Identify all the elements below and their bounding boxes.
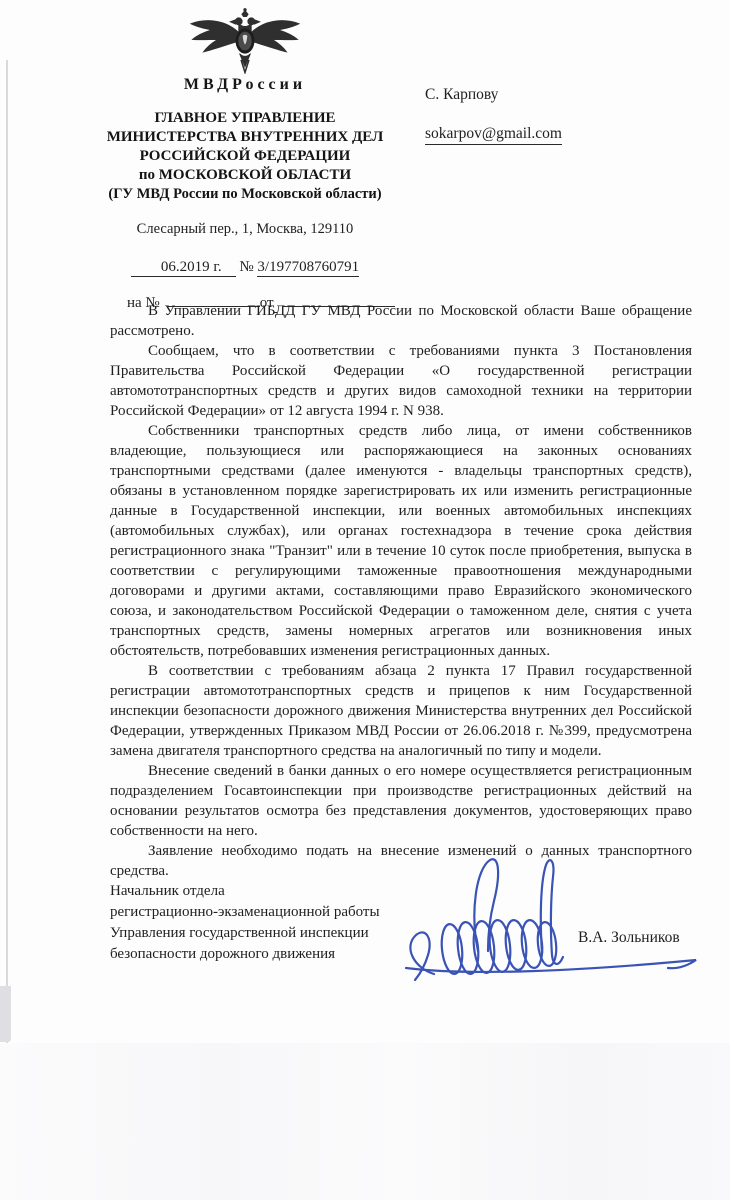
body-paragraph: В соответствии с требованиям абзаца 2 пу… [110, 661, 692, 761]
org-title-block: ГЛАВНОЕ УПРАВЛЕНИЕ МИНИСТЕРСТВА ВНУТРЕНН… [95, 109, 395, 204]
body-paragraph: В Управлении ГИБДД ГУ МВД России по Моск… [110, 301, 692, 341]
scan-seam-artifact [0, 1043, 730, 1200]
org-short-name: МВДРоссии [95, 76, 395, 94]
document-number-line: 06.2019 г. № 3/197708760791 [95, 259, 395, 276]
org-title-line: по МОСКОВСКОЙ ОБЛАСТИ [95, 166, 395, 185]
org-title-line: ГЛАВНОЕ УПРАВЛЕНИЕ [95, 109, 395, 128]
scan-corner-artifact [0, 986, 11, 1042]
signer-title-line: Управления государственной инспекции [110, 923, 380, 944]
signer-title-line: регистрационно-экзаменационной работы [110, 902, 380, 923]
recipient-name: С. Карпову [425, 86, 562, 104]
recipient-block: С. Карпову sokarpov@gmail.com [425, 86, 562, 145]
outgoing-number: 3/197708760791 [257, 259, 359, 277]
number-sign: № [239, 259, 253, 275]
scanned-letter-page: МВДРоссии ГЛАВНОЕ УПРАВЛЕНИЕ МИНИСТЕРСТВ… [0, 0, 730, 1200]
signer-title-line: безопасности дорожного движения [110, 944, 380, 965]
signer-name: В.А. Зольников [578, 929, 680, 947]
letterhead: МВДРоссии ГЛАВНОЕ УПРАВЛЕНИЕ МИНИСТЕРСТВ… [95, 8, 395, 312]
signer-title-line: Начальник отдела [110, 881, 380, 902]
body-paragraph: Сообщаем, что в соответствии с требовани… [110, 341, 692, 421]
recipient-email: sokarpov@gmail.com [425, 125, 562, 145]
date-field: 06.2019 г. [131, 259, 236, 277]
body-paragraph: Собственники транспортных средств либо л… [110, 421, 692, 661]
org-title-line: РОССИЙСКОЙ ФЕДЕРАЦИИ [95, 147, 395, 166]
handwritten-signature [400, 843, 702, 993]
org-address: Слесарный пер., 1, Москва, 129110 [95, 221, 395, 238]
signer-title-block: Начальник отдела регистрационно-экзамена… [110, 881, 380, 965]
org-title-line: МИНИСТЕРСТВА ВНУТРЕННИХ ДЕЛ [95, 128, 395, 147]
date-value: 06.2019 г. [161, 259, 222, 275]
letter-body: В Управлении ГИБДД ГУ МВД России по Моск… [110, 301, 692, 881]
body-paragraph: Внесение сведений в банки данных о его н… [110, 761, 692, 841]
org-title-line: (ГУ МВД России по Московской области) [95, 185, 395, 204]
mvd-eagle-emblem-icon [186, 8, 304, 74]
